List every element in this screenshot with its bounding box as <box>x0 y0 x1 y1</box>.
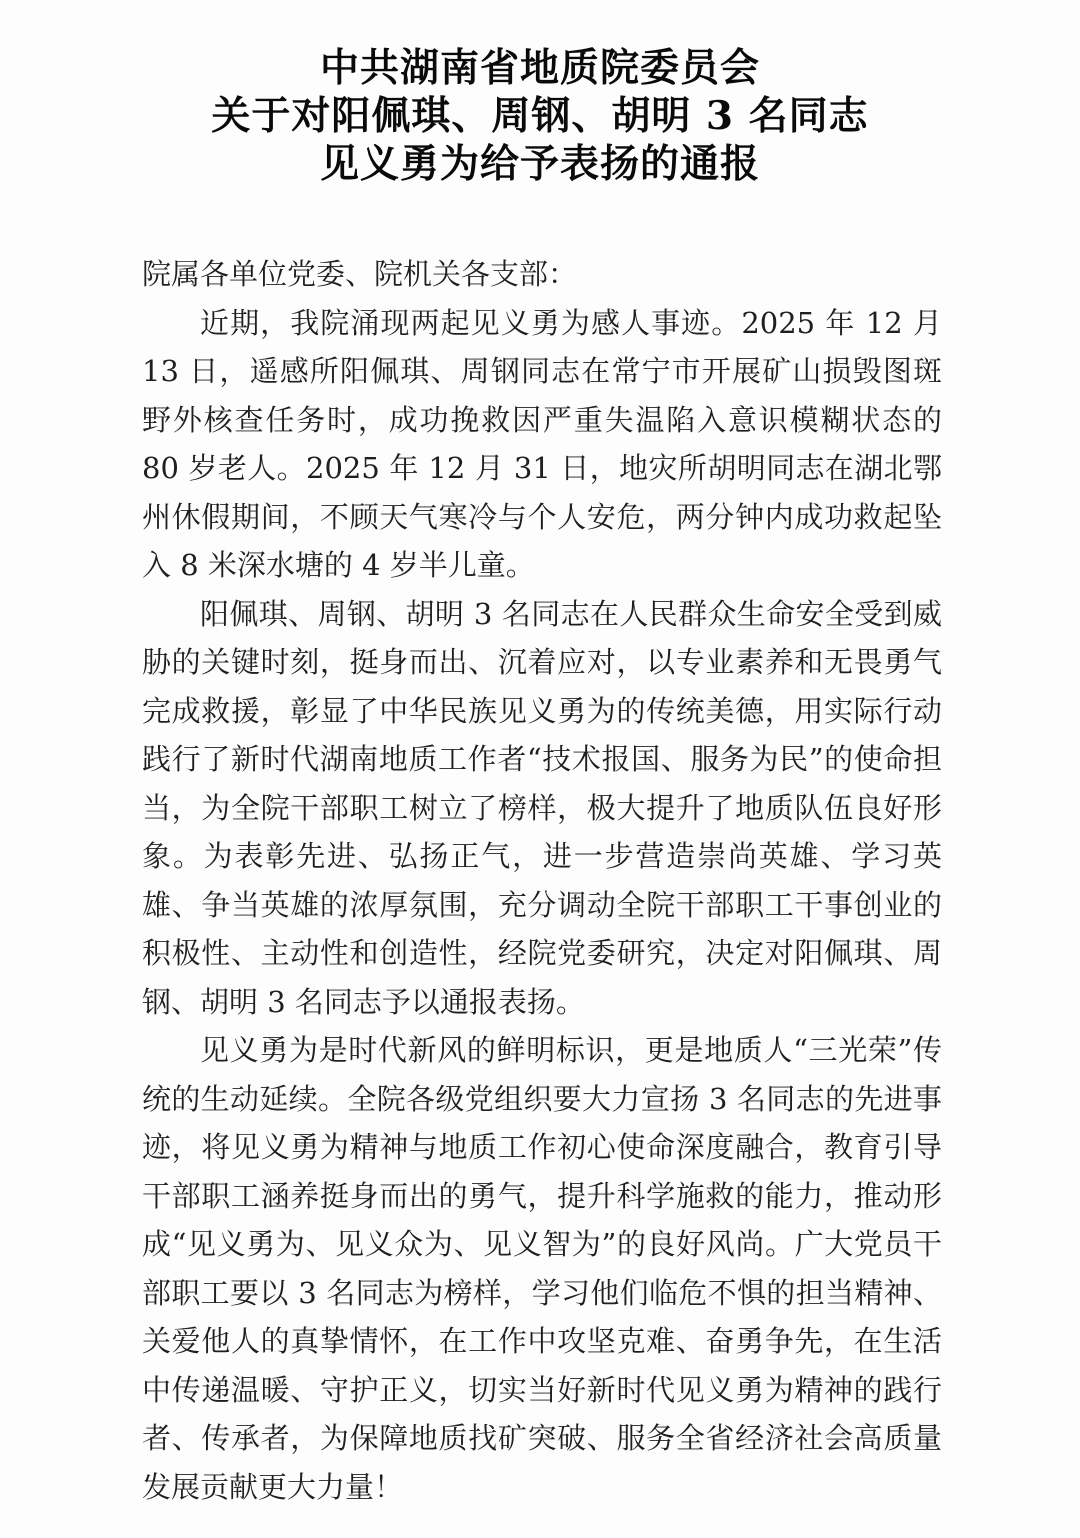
document-body: 院属各单位党委、院机关各支部： 近期，我院涌现两起见义勇为感人事迹。2025 年… <box>142 250 942 1511</box>
document-title: 中共湖南省地质院委员会 关于对阳佩琪、周钢、胡明 3 名同志 见义勇为给予表扬的… <box>0 0 1080 188</box>
salutation-line: 院属各单位党委、院机关各支部： <box>142 250 942 299</box>
title-line-issuer: 中共湖南省地质院委员会 <box>0 44 1080 92</box>
title-line-type: 见义勇为给予表扬的通报 <box>0 140 1080 188</box>
document-page: 中共湖南省地质院委员会 关于对阳佩琪、周钢、胡明 3 名同志 见义勇为给予表扬的… <box>0 0 1080 1538</box>
paragraph-call-to-action: 见义勇为是时代新风的鲜明标识，更是地质人“三光荣”传统的生动延续。全院各级党组织… <box>142 1026 942 1511</box>
paragraph-commendation-decision: 阳佩琪、周钢、胡明 3 名同志在人民群众生命安全受到威胁的关键时刻，挺身而出、沉… <box>142 590 942 1027</box>
paragraph-incidents: 近期，我院涌现两起见义勇为感人事迹。2025 年 12 月 13 日，遥感所阳佩… <box>142 299 942 590</box>
title-line-subject: 关于对阳佩琪、周钢、胡明 3 名同志 <box>0 92 1080 140</box>
